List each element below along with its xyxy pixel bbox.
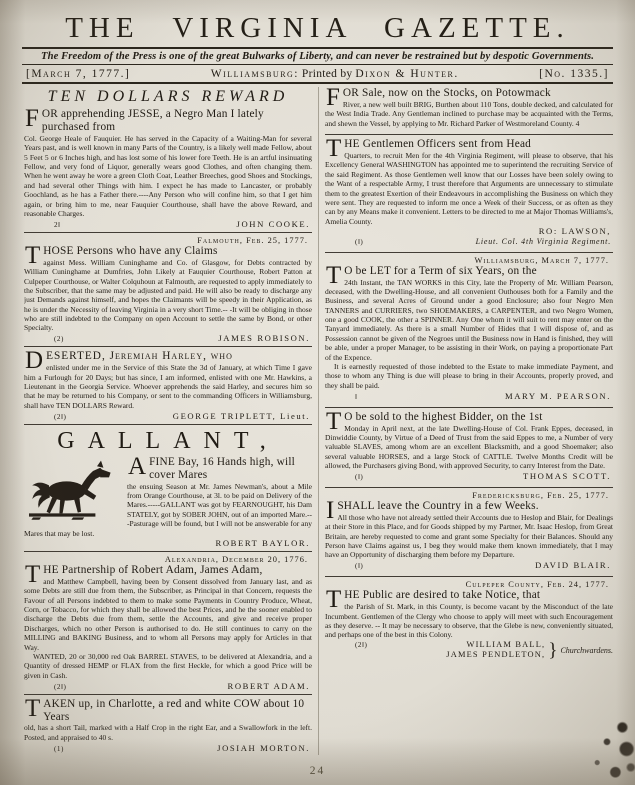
signature-role: Lieut. Col. 4th Virginia Regiment.	[476, 237, 613, 246]
masthead-rule	[22, 82, 613, 84]
printer-mark: (2)	[24, 335, 64, 343]
newspaper-title: THE VIRGINIA GAZETTE.	[10, 12, 625, 45]
ad-body-postscript: It is earnestly requested of those indeb…	[325, 362, 613, 390]
printer-mark: ‖	[325, 393, 358, 401]
brace-glyph: }	[548, 641, 557, 660]
ad-body: old, has a short Tail, marked with a Hal…	[24, 723, 312, 742]
motto: The Freedom of the Press is one of the g…	[24, 51, 611, 62]
ad-dateline: Alexandria, December 20, 1776.	[24, 555, 312, 564]
ad-deserted-harley: DESERTED, Jeremiah Harley, who enlisted …	[24, 350, 312, 420]
ad-body: the Parish of St. Mark, in this County, …	[325, 602, 613, 640]
imprint: Williamsburg: Printed by Dixon & Hunter.	[211, 68, 459, 80]
ad-dateline: Culpeper County, Feb. 24, 1777.	[325, 580, 613, 589]
date-bar: [March 7, 1777.] Williamsburg: Printed b…	[26, 68, 609, 80]
drop-cap: A	[127, 456, 149, 477]
article-divider	[325, 487, 613, 488]
ad-body: 24th Instant, the TAN WORKS in this City…	[325, 278, 613, 362]
signature: THOMAS SCOTT.	[363, 471, 613, 481]
ad-tan-works-lease: Williamsburg, March 7, 1777. TO be LET f…	[325, 256, 613, 401]
ad-ten-dollars-reward: TEN DOLLARS REWARD FOR apprehending JESS…	[24, 88, 312, 229]
masthead: THE VIRGINIA GAZETTE. The Freedom of the…	[0, 0, 635, 84]
masthead-rule	[22, 64, 613, 65]
printer-mark: (‖)	[325, 238, 363, 246]
ad-opening: HOSE Persons who have any Claims	[43, 245, 217, 257]
issue-date: [March 7, 1777.]	[26, 68, 130, 80]
article-divider	[24, 694, 312, 695]
ad-opening: O be sold to the highest Bidder, on the …	[344, 411, 542, 423]
ad-body: Col. George Heale of Fauquier. He has se…	[24, 134, 312, 218]
ad-st-mark-parish: Culpeper County, Feb. 24, 1777. THE Publ…	[325, 580, 613, 660]
article-divider	[325, 576, 613, 577]
drop-cap: T	[24, 245, 43, 266]
newspaper-page: THE VIRGINIA GAZETTE. The Freedom of the…	[0, 0, 635, 785]
ad-recruiting-officers: THE Gentlemen Officers sent from Head Qu…	[325, 138, 613, 245]
printer-mark: (‖)	[325, 562, 363, 570]
ad-body: River, a new well built BRIG, Burthen ab…	[325, 100, 613, 128]
drop-cap: T	[24, 564, 43, 585]
column-divider	[318, 87, 319, 755]
drop-cap: T	[24, 698, 43, 719]
signature: ROBERT ADAM.	[66, 681, 312, 691]
printer-mark: (‖)	[325, 473, 363, 481]
ad-opening: FINE Bay, 16 Hands high, will cover Mare…	[149, 456, 295, 481]
ad-headline: TEN DOLLARS REWARD	[24, 88, 312, 106]
ad-dateline: Falmouth, Feb. 25, 1777.	[24, 236, 312, 245]
masthead-rule	[22, 47, 613, 49]
drop-cap: F	[24, 108, 42, 129]
page-number: 24	[0, 765, 635, 777]
ad-eppes-estate-sale: TO be sold to the highest Bidder, on the…	[325, 411, 613, 481]
signature: DAVID BLAIR.	[363, 560, 613, 570]
ad-dateline: Fredericksburg, Feb. 25, 1777.	[325, 491, 613, 500]
article-divider	[24, 551, 312, 552]
drop-cap: I	[325, 500, 337, 521]
ad-taken-up-cow: TAKEN up, in Charlotte, a red and white …	[24, 698, 312, 753]
printer-mark: 2‖	[24, 221, 61, 229]
ad-opening: HE Gentlemen Officers sent from Head	[344, 138, 531, 150]
signature: JAMES PENDLETON,	[446, 650, 545, 660]
horse-woodcut-image	[24, 459, 122, 523]
ad-opening: HE Partnership of Robert Adam, James Ada…	[43, 564, 262, 576]
ad-body: Quarters, to recruit Men for the 4th Vir…	[325, 151, 613, 226]
drop-cap: D	[24, 350, 46, 371]
ad-opening: OR apprehending JESSE, a Negro Man I lat…	[42, 108, 264, 133]
signature: JOHN COOKE.	[61, 219, 312, 229]
ad-opening: OR Sale, now on the Stocks, on Potowmack	[343, 87, 551, 99]
article-divider	[24, 346, 312, 347]
drop-cap: F	[325, 87, 343, 108]
issue-number: [No. 1335.]	[539, 68, 609, 80]
drop-cap: T	[325, 265, 344, 286]
article-divider	[325, 252, 613, 253]
signature: MARY M. PEARSON.	[358, 391, 613, 401]
ad-headline: GALLANT,	[24, 428, 312, 455]
column-layout: TEN DOLLARS REWARD FOR apprehending JESS…	[24, 87, 613, 755]
signature: ROBERT BAYLOR.	[24, 538, 312, 548]
article-divider	[24, 424, 312, 425]
churchwardens-signatures: WILLIAM BALL, JAMES PENDLETON, } Churchw…	[446, 640, 613, 660]
signature-role: Churchwardens.	[560, 646, 613, 655]
left-column: TEN DOLLARS REWARD FOR apprehending JESS…	[24, 87, 312, 755]
ad-stallion-gallant: GALLANT,	[24, 428, 312, 548]
ad-body: Monday in April next, at the late Dwelli…	[325, 424, 613, 471]
ad-opening: HE Public are desired to take Notice, th…	[344, 589, 540, 601]
ad-body: against Mess. William Cuninghame and Co.…	[24, 258, 312, 333]
signature: WILLIAM BALL,	[446, 640, 545, 650]
signature: RO: LAWSON,	[325, 226, 613, 236]
signature: JAMES ROBISON.	[64, 333, 312, 343]
ad-blair-departure: Fredericksburg, Feb. 25, 1777. ISHALL le…	[325, 491, 613, 570]
ad-body-wanted: WANTED, 20 or 30,000 red Oak BARREL STAV…	[24, 652, 312, 680]
ad-brig-for-sale: FOR Sale, now on the Stocks, on Potowmac…	[325, 87, 613, 128]
printer-mark: (2‖)	[325, 641, 367, 649]
printer-mark: (1)	[24, 745, 64, 753]
printer-mark: (2‖)	[24, 683, 66, 691]
article-divider	[325, 134, 613, 135]
drop-cap: T	[325, 411, 344, 432]
ad-opening: ESERTED, Jeremiah Harley, who	[46, 350, 233, 362]
article-divider	[325, 407, 613, 408]
ad-body: enlisted under me in the Service of this…	[24, 363, 312, 410]
ad-opening: AKEN up, in Charlotte, a red and white C…	[43, 698, 304, 723]
ad-body: All those who have not already settled t…	[325, 513, 613, 560]
ad-cuninghame-claims: Falmouth, Feb. 25, 1777. THOSE Persons w…	[24, 236, 312, 343]
signature: JOSIAH MORTON.	[64, 743, 312, 753]
ad-opening: O be LET for a Term of six Years, on the	[344, 265, 537, 277]
signature: GEORGE TRIPLETT, Lieut.	[66, 411, 312, 421]
printer-mark: (2‖)	[24, 413, 66, 421]
article-divider	[24, 232, 312, 233]
ad-dateline: Williamsburg, March 7, 1777.	[325, 256, 613, 265]
ad-body: and Matthew Campbell, having been by Con…	[24, 577, 312, 652]
drop-cap: T	[325, 138, 344, 159]
ad-opening: SHALL leave the Country in a few Weeks.	[337, 500, 538, 512]
right-column: FOR Sale, now on the Stocks, on Potowmac…	[325, 87, 613, 755]
ad-adam-partnership: Alexandria, December 20, 1776. THE Partn…	[24, 555, 312, 691]
drop-cap: T	[325, 589, 344, 610]
